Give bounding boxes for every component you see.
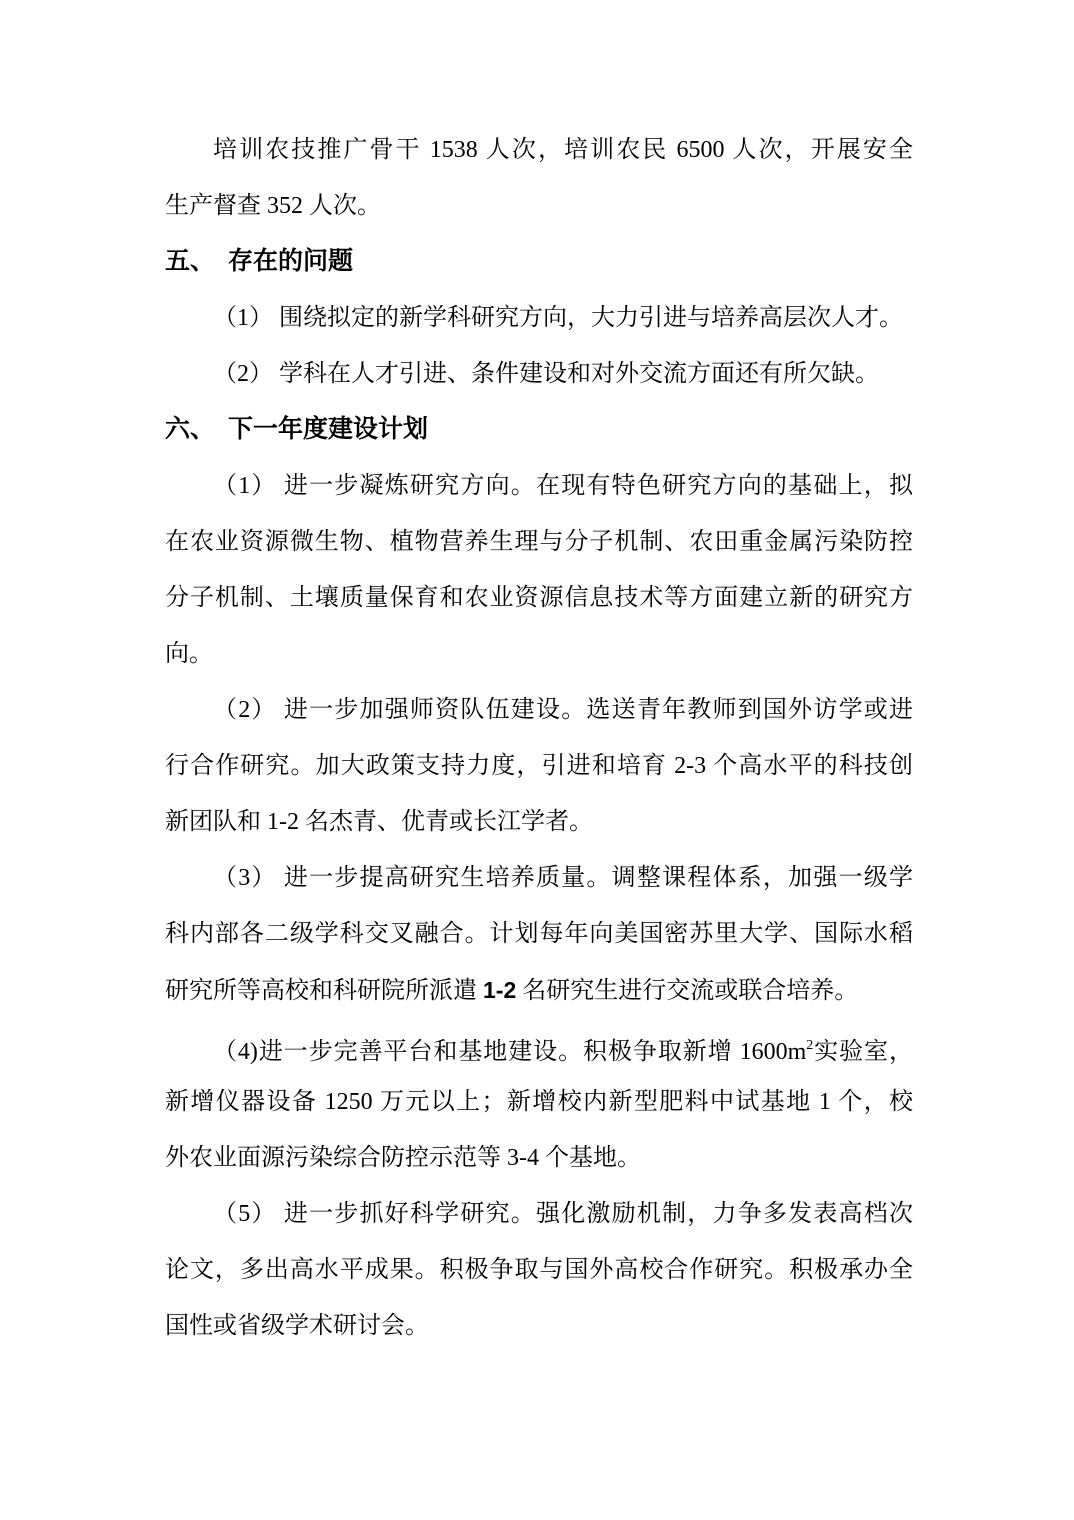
text-line: 培训农技推广骨干 1538 人次，培训农民 6500 人次，开展安全 — [165, 122, 913, 178]
text-run: 外农业面源污染综合防控示范等 3-4 个基地。 — [165, 1145, 641, 1171]
heading-number: 六、 — [165, 416, 215, 443]
paragraph: （1） 围绕拟定的新学科研究方向，大力引进与培养高层次人才。 — [165, 290, 913, 346]
text-run: 行合作研究。加大政策支持力度，引进和培育 2-3 个高水平的科技创 — [165, 753, 913, 779]
paragraph: （1） 进一步凝炼研究方向。在现有特色研究方向的基础上，拟在农业资源微生物、植物… — [165, 458, 913, 682]
sans-number-run: 1-2 — [483, 977, 516, 1003]
text-line: 向。 — [165, 626, 913, 682]
text-run: 在农业资源微生物、植物营养生理与分子机制、农田重金属污染防控 — [165, 529, 913, 555]
text-run: 科内部各二级学科交叉融合。计划每年向美国密苏里大学、国际水稻 — [165, 921, 913, 947]
text-run: 培训农技推广骨干 1538 人次，培训农民 6500 人次，开展安全 — [213, 137, 913, 163]
paragraph: （3） 进一步提高研究生培养质量。调整课程体系，加强一级学科内部各二级学科交叉融… — [165, 850, 913, 1018]
text-run: 分子机制、土壤质量保育和农业资源信息技术等方面建立新的研究方 — [165, 585, 913, 611]
document-page: 培训农技推广骨干 1538 人次，培训农民 6500 人次，开展安全生产督查 3… — [0, 0, 1074, 1520]
section-heading: 六、下一年度建设计划 — [165, 402, 913, 458]
text-run: （5） 进一步抓好科学研究。强化激励机制，力争多发表高档次 — [213, 1201, 913, 1227]
heading-number: 五、 — [165, 248, 215, 275]
text-line: 论文，多出高水平成果。积极争取与国外高校合作研究。积极承办全 — [165, 1242, 913, 1298]
text-run: （3） 进一步提高研究生培养质量。调整课程体系，加强一级学 — [213, 865, 913, 891]
paragraph: （2） 进一步加强师资队伍建设。选送青年教师到国外访学或进行合作研究。加大政策支… — [165, 682, 913, 850]
text-run: （2） 进一步加强师资队伍建设。选送青年教师到国外访学或进 — [213, 697, 913, 723]
text-run: 论文，多出高水平成果。积极争取与国外高校合作研究。积极承办全 — [165, 1257, 913, 1283]
text-line: 研究所等高校和科研院所派遣 1-2 名研究生进行交流或联合培养。 — [165, 962, 913, 1018]
text-run: 名研究生进行交流或联合培养。 — [516, 978, 858, 1004]
text-line: 新增仪器设备 1250 万元以上；新增校内新型肥料中试基地 1 个，校 — [165, 1074, 913, 1130]
text-line: 外农业面源污染综合防控示范等 3-4 个基地。 — [165, 1130, 913, 1186]
text-line: 分子机制、土壤质量保育和农业资源信息技术等方面建立新的研究方 — [165, 570, 913, 626]
text-line: （1） 进一步凝炼研究方向。在现有特色研究方向的基础上，拟 — [165, 458, 913, 514]
text-line: （1） 围绕拟定的新学科研究方向，大力引进与培养高层次人才。 — [165, 290, 913, 346]
text-line: （5） 进一步抓好科学研究。强化激励机制，力争多发表高档次 — [165, 1186, 913, 1242]
text-run: （4)进一步完善平台和基地建设。积极争取新增 1600m — [213, 1039, 806, 1065]
text-line: （3） 进一步提高研究生培养质量。调整课程体系，加强一级学 — [165, 850, 913, 906]
text-line: 科内部各二级学科交叉融合。计划每年向美国密苏里大学、国际水稻 — [165, 906, 913, 962]
text-run: （1） 进一步凝炼研究方向。在现有特色研究方向的基础上，拟 — [213, 473, 913, 499]
text-run: 研究所等高校和科研院所派遣 — [165, 978, 483, 1004]
paragraph: （4)进一步完善平台和基地建设。积极争取新增 1600m2实验室，新增仪器设备 … — [165, 1018, 913, 1186]
section-heading: 五、存在的问题 — [165, 234, 913, 290]
paragraph: （5） 进一步抓好科学研究。强化激励机制，力争多发表高档次论文，多出高水平成果。… — [165, 1186, 913, 1354]
text-line: 生产督查 352 人次。 — [165, 178, 913, 234]
text-run: 新增仪器设备 1250 万元以上；新增校内新型肥料中试基地 1 个，校 — [165, 1089, 913, 1115]
text-line: 新团队和 1-2 名杰青、优青或长江学者。 — [165, 794, 913, 850]
text-line: 在农业资源微生物、植物营养生理与分子机制、农田重金属污染防控 — [165, 514, 913, 570]
text-line: 行合作研究。加大政策支持力度，引进和培育 2-3 个高水平的科技创 — [165, 738, 913, 794]
text-run: （1） 围绕拟定的新学科研究方向，大力引进与培养高层次人才。 — [213, 305, 903, 331]
text-run: （2） 学科在人才引进、条件建设和对外交流方面还有所欠缺。 — [213, 361, 879, 387]
text-line: （4)进一步完善平台和基地建设。积极争取新增 1600m2实验室， — [165, 1018, 913, 1074]
heading-title: 下一年度建设计划 — [228, 416, 428, 443]
text-line: 国性或省级学术研讨会。 — [165, 1298, 913, 1354]
paragraph: 培训农技推广骨干 1538 人次，培训农民 6500 人次，开展安全生产督查 3… — [165, 122, 913, 234]
text-run: 新团队和 1-2 名杰青、优青或长江学者。 — [165, 809, 593, 835]
heading-title: 存在的问题 — [228, 248, 353, 275]
text-run: 国性或省级学术研讨会。 — [165, 1313, 429, 1339]
paragraph: （2） 学科在人才引进、条件建设和对外交流方面还有所欠缺。 — [165, 346, 913, 402]
text-run: 实验室， — [813, 1039, 913, 1065]
text-line: （2） 学科在人才引进、条件建设和对外交流方面还有所欠缺。 — [165, 346, 913, 402]
text-run: 生产督查 352 人次。 — [165, 193, 381, 219]
text-line: （2） 进一步加强师资队伍建设。选送青年教师到国外访学或进 — [165, 682, 913, 738]
text-run: 向。 — [165, 641, 213, 667]
